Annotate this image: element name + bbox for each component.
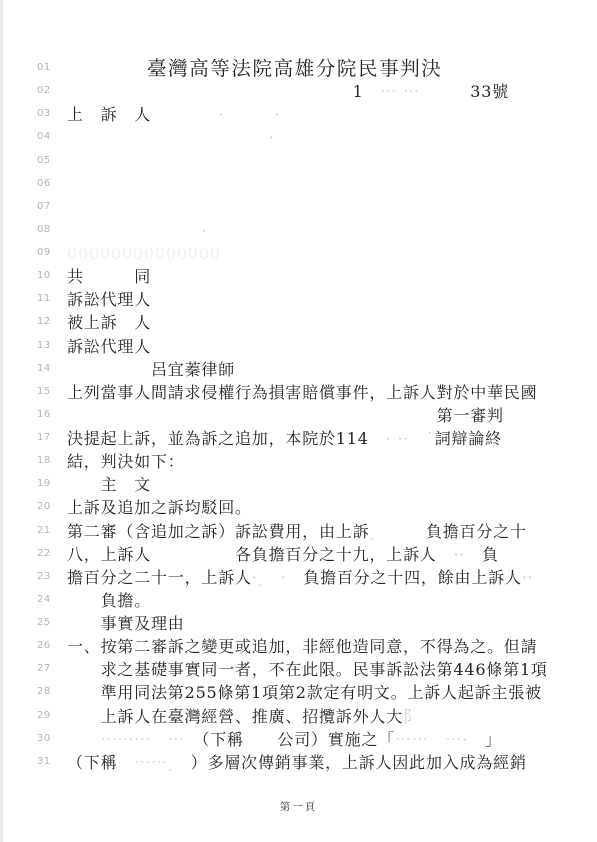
redaction-residue: ⋯⋯ˏ — [117, 753, 190, 772]
text-segment: 上列當事人間請求侵權行為損害賠償事件，上訴人對於中華民國 — [67, 383, 537, 402]
line-number: 11 — [37, 293, 51, 304]
document-line: 16 第一審判 — [0, 404, 597, 427]
redaction-residue: 00000000000000 — [67, 244, 221, 263]
text-segment: 準用同法第255條第1項第2款定有明文。上訴人起訴主張被 — [67, 683, 542, 702]
document-line: 18 結，判決如下： — [0, 450, 597, 473]
redaction-residue: ·· — [522, 568, 534, 587]
line-text: 第二審（含追加之訴）訴訟費用，由上訴ˏ 負擔百分之十 — [67, 520, 597, 543]
document-line: 11 訴訟代理人 — [0, 288, 597, 311]
line-number: 15 — [37, 386, 51, 397]
text-segment — [67, 730, 101, 749]
document-line: 14 呂宜蓁律師 — [0, 358, 597, 381]
line-number: 02 — [37, 85, 51, 96]
line-text: 訴訟代理人 — [67, 288, 597, 311]
line-number: 10 — [37, 270, 51, 281]
line-number: 04 — [37, 131, 51, 142]
line-text: 臺灣高等法院高雄分院民事判決 — [67, 57, 597, 80]
document-line: 17 決提起上訴，並為訴之追加，本院於114 · ·· ˙詞辯論終 — [0, 427, 597, 450]
document-line: 27 求之基礎事實同一者，不在此限。民事訴訟法第446條第1項 — [0, 658, 597, 681]
text-segment: 擔百分之二十一，上訴人 — [67, 568, 252, 587]
document-line: 12 被上訴 人 — [0, 311, 597, 334]
text-segment: 」 — [485, 730, 502, 749]
redaction-residue: ˏ — [369, 522, 426, 541]
line-number: 19 — [37, 478, 51, 489]
text-segment: 上訴及追加之訴均駁回。 — [67, 498, 252, 517]
text-segment: 訴訟代理人 — [67, 290, 151, 309]
document-line: 23 擔百分之二十一，上訴人·ˏ · 負擔百分之十四，餘由上訴人·· — [0, 566, 597, 589]
document-line: 22 八，上訴人 各負擔百分之十九，上訴人 ·· 負 — [0, 543, 597, 566]
line-number: 23 — [37, 571, 51, 582]
line-number: 17 — [37, 432, 51, 443]
line-number: 07 — [37, 201, 51, 212]
text-segment: 上 訴 人 — [67, 105, 151, 124]
document-line: 29 上訴人在臺灣經營、推廣、招攬訴外人大阝 — [0, 705, 597, 728]
line-number: 26 — [37, 640, 51, 651]
page-number: 第一頁 — [0, 799, 597, 814]
line-number: 16 — [37, 409, 51, 420]
line-text: 準用同法第255條第1項第2款定有明文。上訴人起訴主張被 — [67, 681, 597, 704]
line-number: 27 — [37, 663, 51, 674]
text-segment: 被上訴 人 — [67, 313, 151, 332]
line-text: 訴訟代理人 — [67, 335, 597, 358]
redaction-residue: ·· — [437, 545, 482, 564]
line-number: 24 — [37, 594, 51, 605]
line-text: 上列當事人間請求侵權行為損害賠償事件，上訴人對於中華民國 — [67, 381, 597, 404]
document-line: 09 00000000000000 — [0, 242, 597, 265]
line-text: 上 訴 人 · · — [67, 103, 597, 126]
text-segment: 第二審（含追加之訴）訴訟費用，由上訴 — [67, 522, 369, 541]
redaction-residue: · ·· ˙ — [369, 429, 435, 448]
text-segment: 共 同 — [67, 267, 151, 286]
document-body: 01 臺灣高等法院高雄分院民事判決 02 1 ⋯ ⋯ 33號 03 上 訴 人 … — [0, 57, 597, 774]
text-segment: 臺灣高等法院高雄分院民事判決 — [147, 57, 442, 80]
document-line: 05 — [0, 150, 597, 173]
text-segment: 負擔。 — [67, 591, 151, 610]
document-line: 30 ⋯⋯⋯ ⋯ （下稱 公司）實施之「⋯⋯ ⋯· 」 — [0, 728, 597, 751]
line-text: 1 ⋯ ⋯ 33號 — [67, 80, 597, 103]
text-segment: 求之基礎事實同一者，不在此限。民事訴訟法第446條第1項 — [67, 660, 548, 679]
line-text: · — [67, 219, 597, 242]
line-text: 00000000000000 — [67, 242, 597, 265]
document-line: 01 臺灣高等法院高雄分院民事判決 — [0, 57, 597, 80]
text-segment: 一、按第二審訴之變更或追加，非經他造同意，不得為之。但請 — [67, 637, 537, 656]
text-segment: 第一審判 — [67, 406, 504, 425]
line-number: 31 — [37, 756, 51, 767]
line-text: 呂宜蓁律師 — [67, 358, 597, 381]
line-text: 決提起上訴，並為訴之追加，本院於114 · ·· ˙詞辯論終 — [67, 427, 597, 450]
redaction-residue: ·ˏ · — [252, 568, 304, 587]
redaction-residue: 阝 — [403, 707, 420, 726]
line-number: 28 — [37, 686, 51, 697]
line-text: 上訴及追加之訴均駁回。 — [67, 496, 597, 519]
text-segment: 負擔百分之十 — [426, 522, 527, 541]
document-line: 13 訴訟代理人 — [0, 335, 597, 358]
document-line: 06 — [0, 173, 597, 196]
line-number: 08 — [37, 224, 51, 235]
line-text: 主 文 — [67, 473, 597, 496]
document-line: 02 1 ⋯ ⋯ 33號 — [0, 80, 597, 103]
line-number: 25 — [37, 617, 51, 628]
line-text: 一、按第二審訴之變更或追加，非經他造同意，不得為之。但請 — [67, 635, 597, 658]
line-number: 05 — [37, 155, 51, 166]
line-number: 01 — [37, 62, 51, 73]
text-segment: 上訴人在臺灣經營、推廣、招攬訴外人大 — [67, 707, 403, 726]
judgment-page: 01 臺灣高等法院高雄分院民事判決 02 1 ⋯ ⋯ 33號 03 上 訴 人 … — [0, 0, 597, 842]
line-number: 12 — [37, 316, 51, 327]
line-text: 第一審判 — [67, 404, 597, 427]
line-text: 共 同 — [67, 265, 597, 288]
line-text: 事實及理由 — [67, 612, 597, 635]
line-number: 22 — [37, 548, 51, 559]
line-text: · — [67, 126, 597, 149]
document-line: 28 準用同法第255條第1項第2款定有明文。上訴人起訴主張被 — [0, 681, 597, 704]
document-line: 24 負擔。 — [0, 589, 597, 612]
redaction-residue: · — [67, 128, 275, 147]
line-text: 八，上訴人 各負擔百分之十九，上訴人 ·· 負 — [67, 543, 597, 566]
document-line: 19 主 文 — [0, 473, 597, 496]
text-segment: 呂宜蓁律師 — [67, 360, 235, 379]
text-segment: 主 文 — [67, 475, 151, 494]
line-text: 被上訴 人 — [67, 311, 597, 334]
document-line: 20 上訴及追加之訴均駁回。 — [0, 496, 597, 519]
document-line: 08 · — [0, 219, 597, 242]
text-segment: 八，上訴人 各負擔百分之十九，上訴人 — [67, 545, 437, 564]
line-number: 09 — [37, 247, 51, 258]
document-line: 31 （下稱 ⋯⋯ˏ ）多層次傳銷事業，上訴人因此加入成為經銷 — [0, 751, 597, 774]
line-number: 29 — [37, 710, 51, 721]
text-segment: ）多層次傳銷事業，上訴人因此加入成為經銷 — [191, 753, 527, 772]
redaction-residue: · — [67, 221, 207, 240]
text-segment: 負 — [482, 545, 499, 564]
document-line: 21 第二審（含追加之訴）訴訟費用，由上訴ˏ 負擔百分之十 — [0, 520, 597, 543]
text-segment: 1 — [67, 82, 364, 101]
text-segment: 詞辯論終 — [435, 429, 502, 448]
document-line: 07 — [0, 196, 597, 219]
document-line: 15 上列當事人間請求侵權行為損害賠償事件，上訴人對於中華民國 — [0, 381, 597, 404]
line-text: 結，判決如下： — [67, 450, 597, 473]
text-segment: 事實及理由 — [67, 614, 185, 633]
document-line: 03 上 訴 人 · · — [0, 103, 597, 126]
redaction-residue: ⋯ ⋯ — [364, 82, 420, 101]
line-number: 30 — [37, 733, 51, 744]
line-number: 03 — [37, 108, 51, 119]
line-number: 20 — [37, 501, 51, 512]
text-segment: 33號 — [420, 82, 509, 101]
line-number: 18 — [37, 455, 51, 466]
line-text: ⋯⋯⋯ ⋯ （下稱 公司）實施之「⋯⋯ ⋯· 」 — [67, 728, 597, 751]
line-text: 上訴人在臺灣經營、推廣、招攬訴外人大阝 — [67, 705, 597, 728]
line-number: 14 — [37, 363, 51, 374]
line-text: （下稱 ⋯⋯ˏ ）多層次傳銷事業，上訴人因此加入成為經銷 — [67, 751, 597, 774]
text-segment: 訴訟代理人 — [67, 337, 151, 356]
line-text: 求之基礎事實同一者，不在此限。民事訴訟法第446條第1項 — [67, 658, 597, 681]
document-line: 25 事實及理由 — [0, 612, 597, 635]
text-segment: （下稱 — [67, 753, 117, 772]
document-line: 10 共 同 — [0, 265, 597, 288]
document-line: 26 一、按第二審訴之變更或追加，非經他造同意，不得為之。但請 — [0, 635, 597, 658]
text-segment: 決提起上訴，並為訴之追加，本院於114 — [67, 429, 369, 448]
text-segment: （下稱 公司）實施之「 — [185, 730, 395, 749]
line-text: 負擔。 — [67, 589, 597, 612]
line-number: 13 — [37, 340, 51, 351]
redaction-residue: · · — [151, 105, 280, 124]
text-segment: 負擔百分之十四，餘由上訴人 — [303, 568, 521, 587]
document-line: 04 · — [0, 126, 597, 149]
line-text: 擔百分之二十一，上訴人·ˏ · 負擔百分之十四，餘由上訴人·· — [67, 566, 597, 589]
text-segment: 結，判決如下： — [67, 452, 185, 471]
redaction-residue: ⋯⋯ ⋯· — [395, 730, 485, 749]
redaction-residue: ⋯⋯⋯ ⋯ — [101, 730, 185, 749]
line-number: 21 — [37, 525, 51, 536]
line-number: 06 — [37, 178, 51, 189]
